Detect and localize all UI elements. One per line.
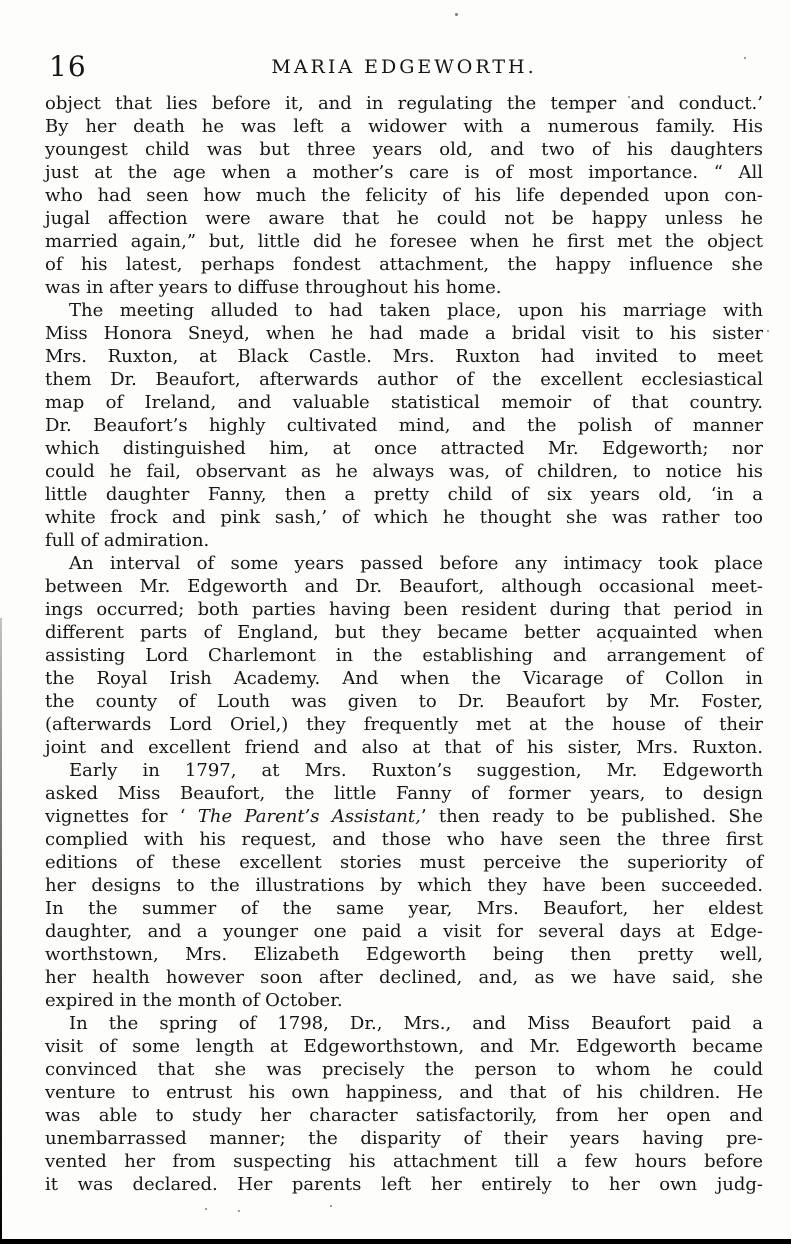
text-line: who had seen how much the felicity of hi… xyxy=(45,184,763,207)
text-line: of his latest, perhaps fondest attachmen… xyxy=(45,253,763,276)
scan-speck xyxy=(610,640,612,642)
text-line: which distinguished him, at once attract… xyxy=(45,437,763,460)
text-line: vignettes for ‘ The Parent’s Assistant,’… xyxy=(45,805,763,828)
text-line: the county of Louth was given to Dr. Bea… xyxy=(45,690,763,713)
text-line: map of Ireland, and valuable statistical… xyxy=(45,391,763,414)
text-line: asked Miss Beaufort, the little Fanny of… xyxy=(45,782,763,805)
text-line: By her death he was left a widower with … xyxy=(45,115,763,138)
scan-speck xyxy=(238,1210,240,1212)
text-line: little daughter Fanny, then a pretty chi… xyxy=(45,483,763,506)
text-line: was in after years to diffuse throughout… xyxy=(45,276,763,299)
text-line: An interval of some years passed before … xyxy=(45,552,763,575)
text-line: venture to entrust his own happiness, an… xyxy=(45,1081,763,1104)
text-block: object that lies before it, and in regul… xyxy=(45,92,763,1196)
text-line: the Royal Irish Academy. And when the Vi… xyxy=(45,667,763,690)
text-line: youngest child was but three years old, … xyxy=(45,138,763,161)
text-line: expired in the month of October. xyxy=(45,989,763,1012)
text-line: it was declared. Her parents left her en… xyxy=(45,1173,763,1196)
text-line: editions of these excellent stories must… xyxy=(45,851,763,874)
text-line: daughter, and a younger one paid a visit… xyxy=(45,920,763,943)
text-line: full of admiration. xyxy=(45,529,763,552)
running-header: MARIA EDGEWORTH. xyxy=(45,56,763,78)
book-title-italic: The Parent’s Assistant, xyxy=(198,806,421,827)
text-line: between Mr. Edgeworth and Dr. Beaufort, … xyxy=(45,575,763,598)
text-line: The meeting alluded to had taken place, … xyxy=(45,299,763,322)
page-header: 16 MARIA EDGEWORTH. xyxy=(45,50,763,82)
text-line: white frock and pink sash,’ of which he … xyxy=(45,506,763,529)
book-page: 16 MARIA EDGEWORTH. object that lies bef… xyxy=(0,0,791,1244)
text-line: could he fail, observant as he always wa… xyxy=(45,460,763,483)
scan-speck xyxy=(462,1156,464,1158)
text-line: just at the age when a mother’s care is … xyxy=(45,161,763,184)
text-line: different parts of England, but they bec… xyxy=(45,621,763,644)
scan-edge-left xyxy=(0,618,2,1244)
text-line: complied with his request, and those who… xyxy=(45,828,763,851)
text-line: Early in 1797, at Mrs. Ruxton’s suggesti… xyxy=(45,759,763,782)
text-line: worthstown, Mrs. Elizabeth Edgeworth bei… xyxy=(45,943,763,966)
text-line: In the summer of the same year, Mrs. Bea… xyxy=(45,897,763,920)
scan-speck xyxy=(628,96,630,98)
text-line: visit of some length at Edgeworthstown, … xyxy=(45,1035,763,1058)
text-line: married again,” but, little did he fores… xyxy=(45,230,763,253)
text-line: joint and excellent friend and also at t… xyxy=(45,736,763,759)
text-line: In the spring of 1798, Dr., Mrs., and Mi… xyxy=(45,1012,763,1035)
scan-speck xyxy=(205,1208,207,1210)
scan-speck xyxy=(520,148,522,150)
scan-speck xyxy=(83,855,85,857)
text-line: (afterwards Lord Oriel,) they frequently… xyxy=(45,713,763,736)
text-segment: ’ then ready to be published. She xyxy=(421,806,763,827)
scan-speck xyxy=(455,13,458,16)
text-line: Miss Honora Sneyd, when he had made a br… xyxy=(45,322,763,345)
text-segment: vignettes for ‘ xyxy=(45,806,198,827)
text-line: Mrs. Ruxton, at Black Castle. Mrs. Ruxto… xyxy=(45,345,763,368)
text-line: them Dr. Beaufort, afterwards author of … xyxy=(45,368,763,391)
text-line: convinced that she was precisely the per… xyxy=(45,1058,763,1081)
scan-speck xyxy=(330,1205,332,1207)
scan-speck xyxy=(767,330,769,332)
text-line: jugal affection were aware that he could… xyxy=(45,207,763,230)
text-line: assisting Lord Charlemont in the establi… xyxy=(45,644,763,667)
text-line: unembarrassed manner; the disparity of t… xyxy=(45,1127,763,1150)
text-line: her designs to the illustrations by whic… xyxy=(45,874,763,897)
text-line: object that lies before it, and in regul… xyxy=(45,92,763,115)
scan-edge-bottom xyxy=(0,1239,791,1244)
text-line: ings occurred; both parties having been … xyxy=(45,598,763,621)
scan-speck xyxy=(744,57,746,59)
text-line: Dr. Beaufort’s highly cultivated mind, a… xyxy=(45,414,763,437)
text-line: was able to study her character satisfac… xyxy=(45,1104,763,1127)
text-line: her health however soon after declined, … xyxy=(45,966,763,989)
text-line: vented her from suspecting his attachmen… xyxy=(45,1150,763,1173)
scan-speck xyxy=(256,288,258,290)
